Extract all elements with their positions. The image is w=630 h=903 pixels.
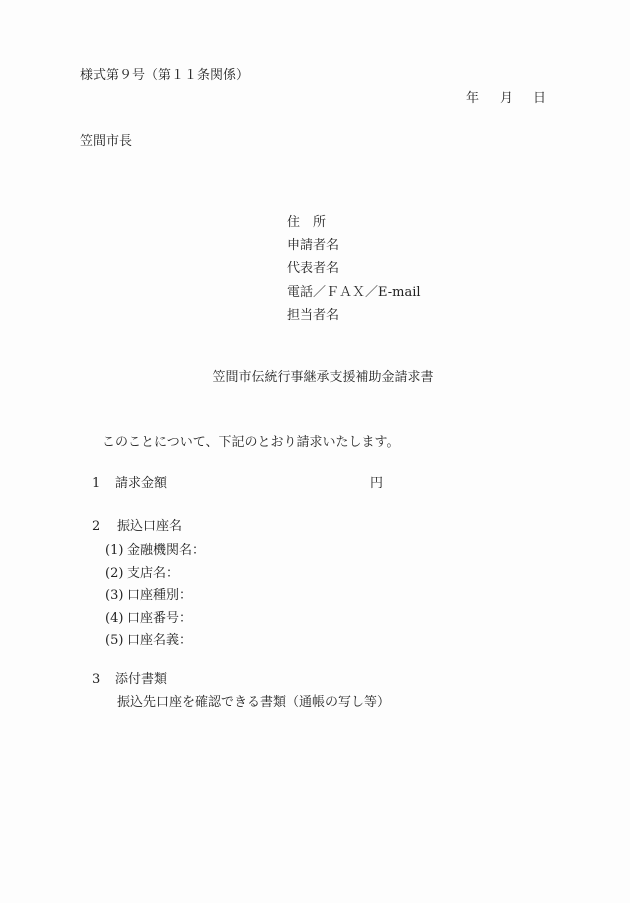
bank-subitem-account-holder: (5)口座名義： xyxy=(105,630,205,653)
bank-subitem-account-type: (3)口座種別： xyxy=(105,585,205,608)
item-attachments: 3添付書類 xyxy=(92,668,167,687)
applicant-address-label: 住 所 xyxy=(287,211,421,234)
applicant-name-label: 申請者名 xyxy=(287,234,421,257)
bank-subitem-institution-number: (1) xyxy=(105,540,127,563)
request-statement: このことについて、下記のとおり請求いたします。 xyxy=(102,431,399,450)
bank-subitem-account-number-number: (4) xyxy=(105,608,127,631)
claim-amount-unit: 円 xyxy=(370,472,383,491)
document-page: 様式第９号（第１１条関係） 年月日 笠間市長 住 所 申請者名 代表者名 電話／… xyxy=(0,0,630,903)
attachments-note: 振込先口座を確認できる書類（通帳の写し等） xyxy=(117,691,390,710)
addressee: 笠間市長 xyxy=(80,130,132,149)
bank-subitem-institution-label: 金融機関名： xyxy=(127,543,205,558)
phone-fax-email-label: 電話／ＦＡＸ／E-mail xyxy=(287,281,421,304)
item-claim-amount: 1請求金額 xyxy=(92,472,167,491)
date-line: 年月日 xyxy=(466,87,546,106)
applicant-info-block: 住 所 申請者名 代表者名 電話／ＦＡＸ／E-mail 担当者名 xyxy=(287,211,421,327)
day-label: 日 xyxy=(533,87,546,106)
item-bank-account-label: 振込口座名 xyxy=(117,519,182,534)
bank-subitem-account-number-label: 口座番号： xyxy=(127,611,192,626)
bank-account-subitems: (1)金融機関名： (2)支店名： (3)口座種別： (4)口座番号： (5)口… xyxy=(105,540,205,653)
form-number: 様式第９号（第１１条関係） xyxy=(80,64,249,83)
item-bank-account: 2振込口座名 xyxy=(92,515,182,534)
representative-name-label: 代表者名 xyxy=(287,257,421,280)
bank-subitem-institution: (1)金融機関名： xyxy=(105,540,205,563)
bank-subitem-account-holder-label: 口座名義： xyxy=(127,633,192,648)
item-attachments-number: 3 xyxy=(92,672,115,687)
bank-subitem-branch-label: 支店名： xyxy=(127,566,179,581)
item-claim-amount-number: 1 xyxy=(92,476,115,491)
document-title: 笠間市伝統行事継承支援補助金請求書 xyxy=(8,366,630,385)
year-label: 年 xyxy=(466,91,479,106)
contact-person-label: 担当者名 xyxy=(287,304,421,327)
bank-subitem-branch-number: (2) xyxy=(105,563,127,586)
bank-subitem-branch: (2)支店名： xyxy=(105,563,205,586)
bank-subitem-account-type-number: (3) xyxy=(105,585,127,608)
item-attachments-label: 添付書類 xyxy=(115,672,167,687)
bank-subitem-account-type-label: 口座種別： xyxy=(127,588,192,603)
bank-subitem-account-holder-number: (5) xyxy=(105,630,127,653)
bank-subitem-account-number: (4)口座番号： xyxy=(105,608,205,631)
month-label: 月 xyxy=(500,87,513,106)
item-claim-amount-label: 請求金額 xyxy=(115,476,167,491)
item-bank-account-number: 2 xyxy=(92,519,117,534)
